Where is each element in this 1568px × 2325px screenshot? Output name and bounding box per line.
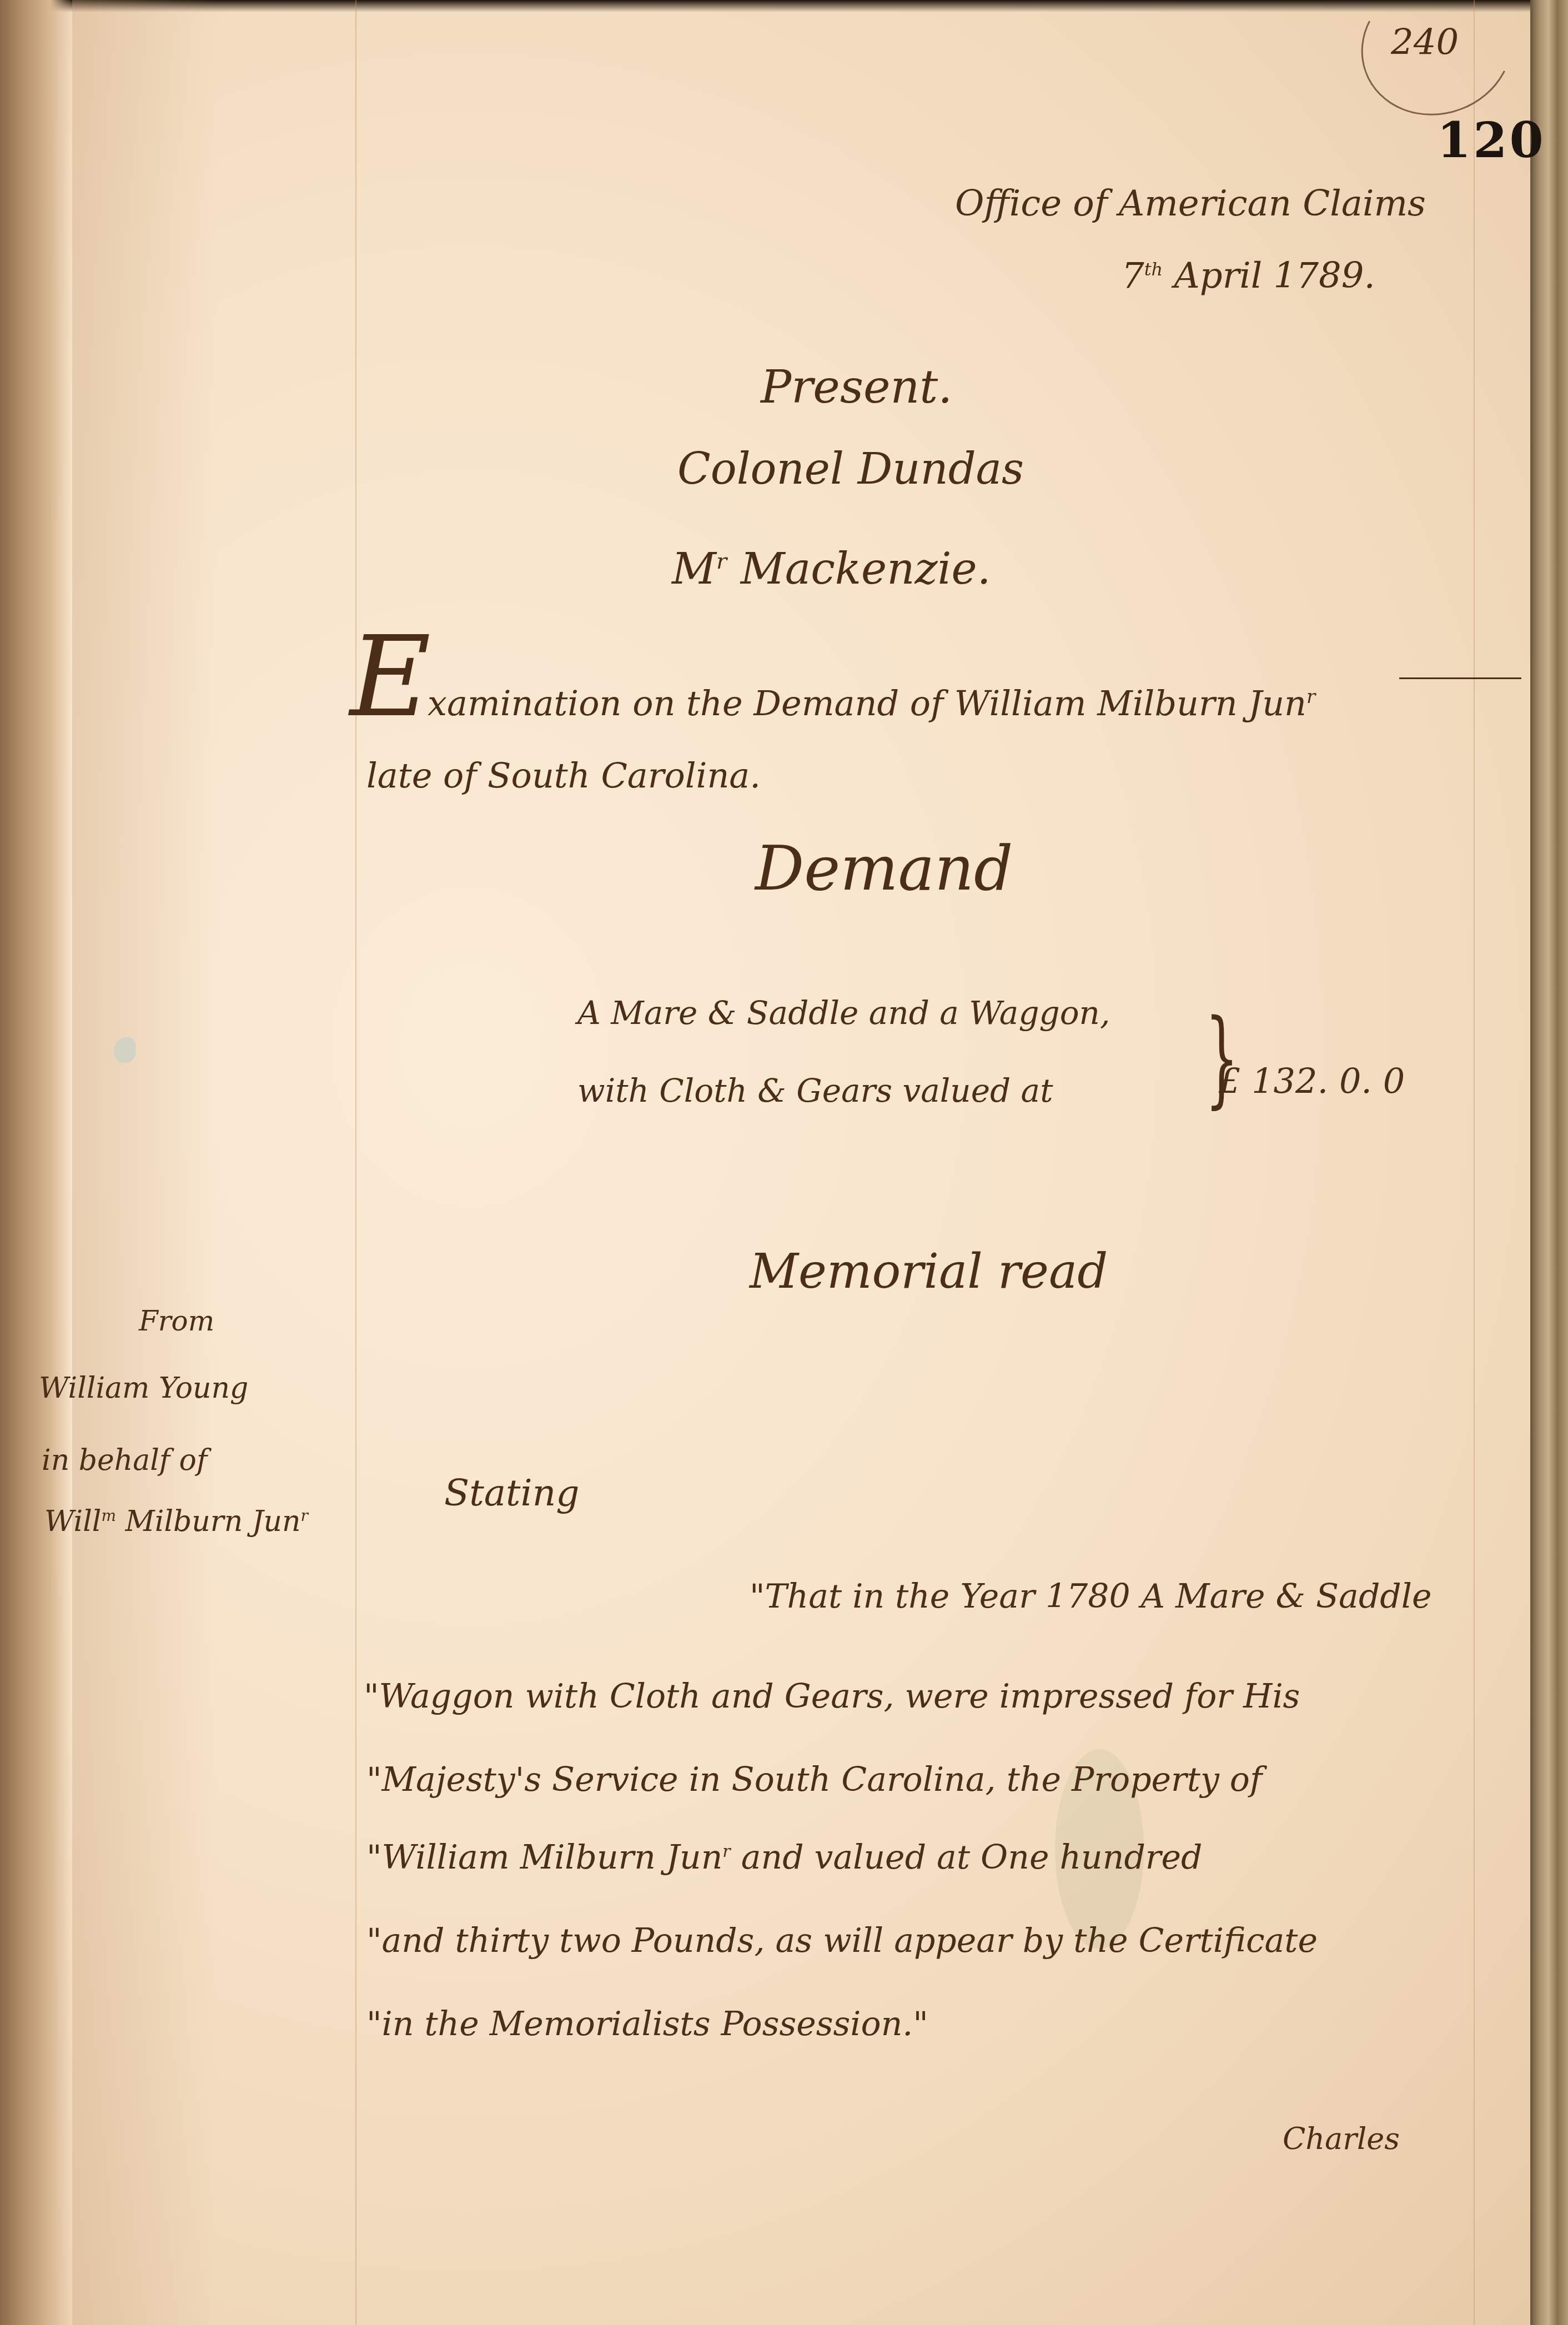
- margin-l4-sup1: m: [101, 1507, 116, 1525]
- body-line-3: "Majesty's Service in South Carolina, th…: [366, 1760, 1262, 1799]
- book-gutter: [0, 0, 72, 2325]
- present-member-1: Colonel Dundas: [677, 444, 1024, 494]
- body-line-4: "William Milburn Junr and valued at One …: [366, 1838, 1202, 1877]
- body-line-2: "Waggon with Cloth and Gears, were impre…: [364, 1677, 1300, 1716]
- stating-label: Stating: [444, 1472, 579, 1514]
- folio-handwritten: 240: [1391, 22, 1459, 63]
- book-fore-edge: [1532, 0, 1568, 2325]
- catchword: Charles: [1283, 2121, 1400, 2156]
- body-l4-rest: and valued at One hundred: [731, 1838, 1203, 1877]
- margin-note-line-1: From: [139, 1305, 214, 1337]
- body-l4-text: "William Milburn Jun: [366, 1838, 722, 1877]
- date-day-suffix: th: [1144, 259, 1163, 280]
- gutter-shade: [72, 0, 217, 2325]
- margin-l4-rest: Milburn Jun: [116, 1505, 301, 1538]
- examination-initial: E: [350, 622, 431, 733]
- memorial-heading: Memorial read: [750, 1244, 1108, 1299]
- manuscript-page: 240 120 Office of American Claims 7th Ap…: [0, 0, 1568, 2325]
- office-heading: Office of American Claims: [955, 183, 1426, 224]
- margin-l4-text: Will: [44, 1505, 101, 1538]
- margin-l4-sup2: r: [301, 1507, 308, 1525]
- member2-name: Mackenzie.: [727, 544, 991, 594]
- date-rest: April 1789.: [1174, 255, 1375, 297]
- margin-note-line-4: Willm Milburn Junr: [44, 1505, 308, 1538]
- entry-date: 7th April 1789.: [1122, 255, 1375, 297]
- demand-amount: £ 132. 0. 0: [1219, 1061, 1405, 1101]
- margin-rule-left: [355, 0, 356, 2325]
- demand-line-2: with Cloth & Gears valued at: [577, 1072, 1053, 1109]
- folio-stamped-number: 120: [1437, 111, 1546, 169]
- margin-rule-right: [1474, 0, 1475, 2325]
- member2-prefix: M: [672, 544, 716, 594]
- date-day: 7: [1122, 255, 1144, 297]
- body-line-5: "and thirty two Pounds, as will appear b…: [366, 1921, 1318, 1960]
- paper-spot: [114, 1037, 136, 1063]
- margin-note-line-2: William Young: [39, 1372, 248, 1405]
- body-line-6: "in the Memorialists Possession.": [366, 2005, 928, 2043]
- examination-flourish: [1399, 677, 1521, 679]
- present-heading: Present.: [761, 361, 952, 414]
- examination-line-1: xamination on the Demand of William Milb…: [428, 683, 1315, 724]
- present-member-2: Mr Mackenzie.: [672, 544, 991, 594]
- demand-line-1: A Mare & Saddle and a Waggon,: [577, 994, 1110, 1032]
- member2-sup: r: [716, 549, 727, 574]
- examination-line-2: late of South Carolina.: [366, 755, 761, 796]
- top-edge-shadow: [0, 0, 1568, 12]
- body-l4-sup: r: [722, 1842, 730, 1861]
- exam-line1-sup: r: [1306, 686, 1315, 708]
- exam-line1-text: xamination on the Demand of William Milb…: [428, 683, 1306, 724]
- demand-heading: Demand: [755, 833, 1013, 904]
- body-line-1: "That in the Year 1780 A Mare & Saddle: [750, 1577, 1431, 1616]
- margin-note-line-3: in behalf of: [42, 1444, 207, 1477]
